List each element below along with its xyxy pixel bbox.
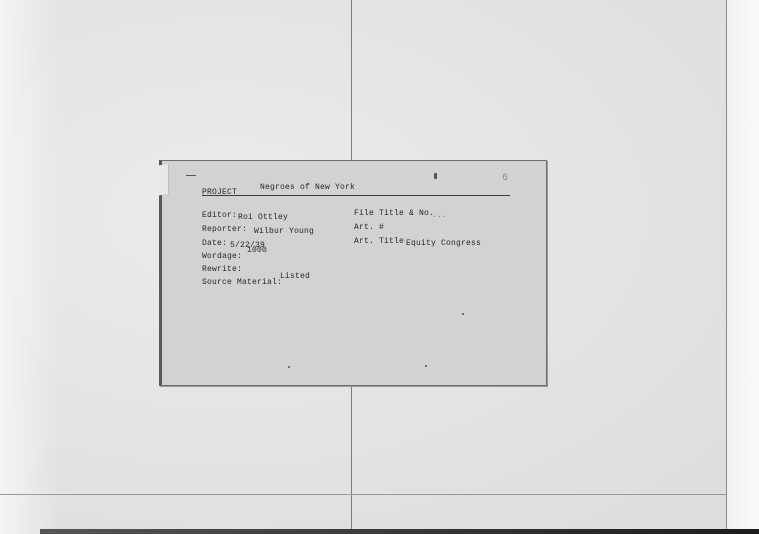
header-rule <box>204 195 510 196</box>
reporter-label: Reporter: <box>202 225 247 234</box>
rewrite-label: Rewrite: <box>202 265 242 274</box>
scan-right-strip <box>726 0 759 534</box>
scan-left-margin <box>0 0 60 534</box>
project-value: Negroes of New York <box>260 183 355 192</box>
card-corner-mark: 6 <box>502 173 508 184</box>
card-curled-corner <box>154 164 169 197</box>
index-card: 6 PROJECT Negroes of New York Editor: Ro… <box>159 160 547 386</box>
reporter-value: Wilbur Young <box>254 227 314 236</box>
file-title-value: ... <box>432 211 447 220</box>
paper-speck <box>425 365 427 367</box>
paper-mark <box>186 175 196 176</box>
paper-speck <box>288 366 290 368</box>
bottom-guide-line <box>0 494 735 495</box>
wordage-value: 1000 <box>247 246 267 255</box>
date-label: Date: <box>202 239 227 248</box>
editor-value: Roi Ottley <box>238 213 288 222</box>
paper-speck <box>462 313 464 315</box>
source-material-label: Source Material: <box>202 278 282 287</box>
art-title-label: Art. Title <box>354 237 404 246</box>
file-title-label: File Title & No. <box>354 209 434 218</box>
scan-bottom-edge <box>40 529 759 534</box>
editor-label: Editor: <box>202 211 237 220</box>
paper-speck <box>434 173 437 179</box>
art-title-value: Equity Congress <box>406 239 481 248</box>
art-number-label: Art. # <box>354 223 384 232</box>
source-material-value: Listed <box>280 272 310 281</box>
wordage-label: Wordage: <box>202 252 242 261</box>
